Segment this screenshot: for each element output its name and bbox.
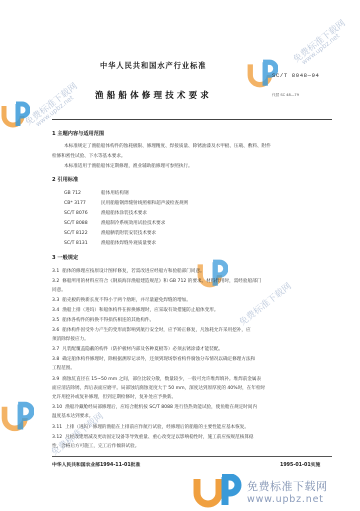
clause: 3.9 腐蚀坑直径在 15~50 mm 之间，部位比较分散，数量较少，一般可允许… [52, 376, 261, 382]
clause-number: 3.8 [52, 357, 59, 362]
clause: 3.10 渔船冷藏舱经局部修理后，应结合舱机按 SC/T 8088 进行热热效能… [52, 404, 257, 410]
clause-text: 船体的修理应按原设计图样修复，若需改进应经船方和验船部门同意。 [62, 269, 204, 274]
clause: 3.4 渔船上排（进坞）和船体构件在拆换修理时，应采取有效措施防止船体变形。 [52, 307, 218, 313]
document-title: 渔船船体修理技术要求 [95, 89, 212, 101]
clause-number: 3.10 [52, 405, 62, 410]
reference-item: SC/T 8076渔船船体涂装技术要求 [64, 210, 147, 216]
reference-item: GB 712船体用结构钢 [64, 190, 129, 196]
clause-text: 船体构件因受外力产生的变形而影响到航行安全时，应予矫正修复，凡蚀耗允许采用挖补，… [62, 328, 250, 333]
standard-code: SC/T 8048—94 [272, 72, 319, 79]
reference-item: CB* 3177民用船舶钢焊缝射线照相和超声波检查规则 [64, 200, 188, 206]
header-divider [52, 119, 332, 120]
clause-continuation: 同意。 [52, 287, 66, 293]
reference-title: 船体用结构钢 [101, 191, 129, 196]
clause-number: 3.5 [52, 318, 59, 323]
section-heading: 2 引用标准 [52, 176, 78, 183]
clause-continuation: 面应清洁除锈，焊后表面应磨平。局部蚀坑腐蚀宽度大于 50 mm，深度达到原厚度的… [52, 385, 265, 391]
reference-item: SC/T 8088渔船制冷系统效用试验技术要求 [64, 220, 165, 226]
clause-number: 3.4 [52, 308, 59, 313]
reference-code: SC/T 8122 [64, 231, 101, 236]
clause: 3.6 船体构件因受外力产生的变形而影响到航行安全时，应予矫正修复，凡蚀耗允许采… [52, 327, 251, 333]
clause-number: 3.2 [52, 279, 59, 284]
reference-code: SC/T 8131 [64, 241, 101, 246]
section-heading: 1 主题内容与适用范围 [52, 130, 104, 137]
clause-text: 渔船上排（进坞）和船体构件在拆换修理时，应采取有效措施防止船体变形。 [62, 308, 218, 313]
clause: 3.8 确定船体构件修理时，除根据测厚记录外，还须到现场察看构件腐蚀分布情况以确… [52, 356, 255, 362]
replaces-code: 代替 SC 48—79 [272, 93, 299, 98]
body-text: 检修和密性试验、下水等基本要求。 [52, 153, 126, 159]
body-text: 本标准适用于渔船船体定期修理，渔业辅助船修理可参照执行。 [64, 163, 193, 169]
clause: 3.2 修船所用的材料应符合《钢质海洋渔船建造规范》和 GB 712 的要求。材… [52, 278, 261, 284]
watermark-text: 免费标准下载网 [236, 279, 294, 328]
watermark-text: 免费标准下载网 [290, 16, 348, 65]
up-logo-icon [196, 258, 228, 290]
reference-code: CB* 3177 [64, 201, 101, 206]
clause-continuation: 工程范围。 [52, 365, 75, 371]
clause: 3.3 船壳板的换新长度不得小于两个肋距，并尽量避免焊缝的增加。 [52, 297, 191, 303]
reference-title: 渔船船体涂装技术要求 [101, 211, 147, 216]
clause-text: 船壳板的换新长度不得小于两个肋距，并尽量避免焊缝的增加。 [62, 298, 191, 303]
section-heading: 3 一般规定 [52, 254, 78, 261]
clause: 3.1 船体的修理应按原设计图样修复，若需改进应经船方和验船部门同意。 [52, 268, 205, 274]
clause-continuation: 须消除焊接应力。 [52, 336, 89, 342]
clause-continuation: 温度基本达到要求。 [52, 413, 93, 419]
reference-code: GB 712 [64, 191, 101, 196]
reference-title: 民用船舶钢焊缝射线照相和超声波检查规则 [101, 201, 188, 206]
footer-divider [52, 456, 332, 457]
clause-number: 3.3 [52, 298, 59, 303]
clause-number: 3.9 [52, 377, 59, 382]
reference-item: SC/T 8131渔船船体焊缝外观质量要求 [64, 240, 156, 246]
up-logo-icon [192, 474, 244, 508]
body-text: 本标准规定了渔船船体构件的蚀耗极限、修理精度、焊接质量、除锈油漆及水甲板、压载、… [64, 143, 271, 149]
clause-number: 3.6 [52, 328, 59, 333]
issuer-heading: 中华人民共和国水产行业标准 [100, 61, 206, 71]
brand-url: www.upbz.net [247, 494, 324, 505]
approval-date: 中华人民共和国农业部1994-11-01批准 [52, 461, 140, 468]
reference-code: SC/T 8076 [64, 211, 101, 216]
brand-name: 免费标准下载网 [247, 478, 328, 494]
clause-text: 确定船体构件修理时，除根据测厚记录外，还须到现场察看构件腐蚀分布情况以确定修理方… [62, 357, 255, 362]
clause: 3.12 凡经改建增减及更动固定设备等导致重量、重心改变足以影响稳性时，施工前应… [52, 434, 254, 440]
up-logo-icon [0, 400, 34, 434]
clause-number: 3.7 [52, 347, 59, 352]
reference-title: 渔船制冷系统效用试验技术要求 [101, 221, 165, 226]
clause-text: 腐蚀坑直径在 15~50 mm 之间，部位比较分散，数量较少，一般可允许堆焊填补… [62, 377, 261, 382]
clause-text: 凡经改建增减及更动固定设备等导致重量、重心改变足以影响稳性时，施工前应按规范核算… [65, 435, 253, 440]
clause-text: 凡装配覆盖隐蔽的构件（防护板材内部及各种夏板等）必须去锈涂漆才能装配。 [62, 347, 223, 352]
reference-item: SC/T 8122渔船舾装附装安装技术要求 [64, 230, 156, 236]
clause: 3.5 船体各构件的拆换不得损伤相连的其他构件。 [52, 317, 154, 323]
up-logo-icon [0, 100, 30, 130]
reference-title: 渔船舾装附装安装技术要求 [101, 231, 156, 236]
clause-continuation: 性，合格后方可施工，完工后作倾斜试验。 [52, 443, 139, 449]
clause-text: 修船所用的材料应符合《钢质海洋渔船建造规范》和 GB 712 的要求。材料代用时… [62, 279, 261, 284]
clause: 3.7 凡装配覆盖隐蔽的构件（防护板材内部及各种夏板等）必须去锈涂漆才能装配。 [52, 346, 223, 352]
clause-number: 3.11 [52, 425, 62, 430]
effective-date: 1995-01-01实施 [280, 461, 320, 468]
watermark-text: 免费标准下载网 [22, 79, 80, 128]
clause-number: 3.12 [52, 435, 62, 440]
clause-text: 船体各构件的拆换不得损伤相连的其他构件。 [62, 318, 154, 323]
clause-text: 渔船冷藏舱经局部修理后，应结合舱机按 SC/T 8088 进行热热效能试验，使鱼… [65, 405, 257, 410]
reference-title: 渔船船体焊缝外观质量要求 [101, 241, 156, 246]
clause-text: 上排（进坞）修理的渔船在上排前应作航行试验，经修理后的船舶的主要性能应基本恢复。 [65, 425, 249, 430]
clause-continuation: 允许用挖补或复补修理，但到定期检修时，复补处应予换新。 [52, 394, 176, 400]
clause-number: 3.1 [52, 269, 59, 274]
clause: 3.11 上排（进坞）修理的渔船在上排前应作航行试验，经修理后的船舶的主要性能应… [52, 424, 249, 430]
reference-code: SC/T 8088 [64, 221, 101, 226]
